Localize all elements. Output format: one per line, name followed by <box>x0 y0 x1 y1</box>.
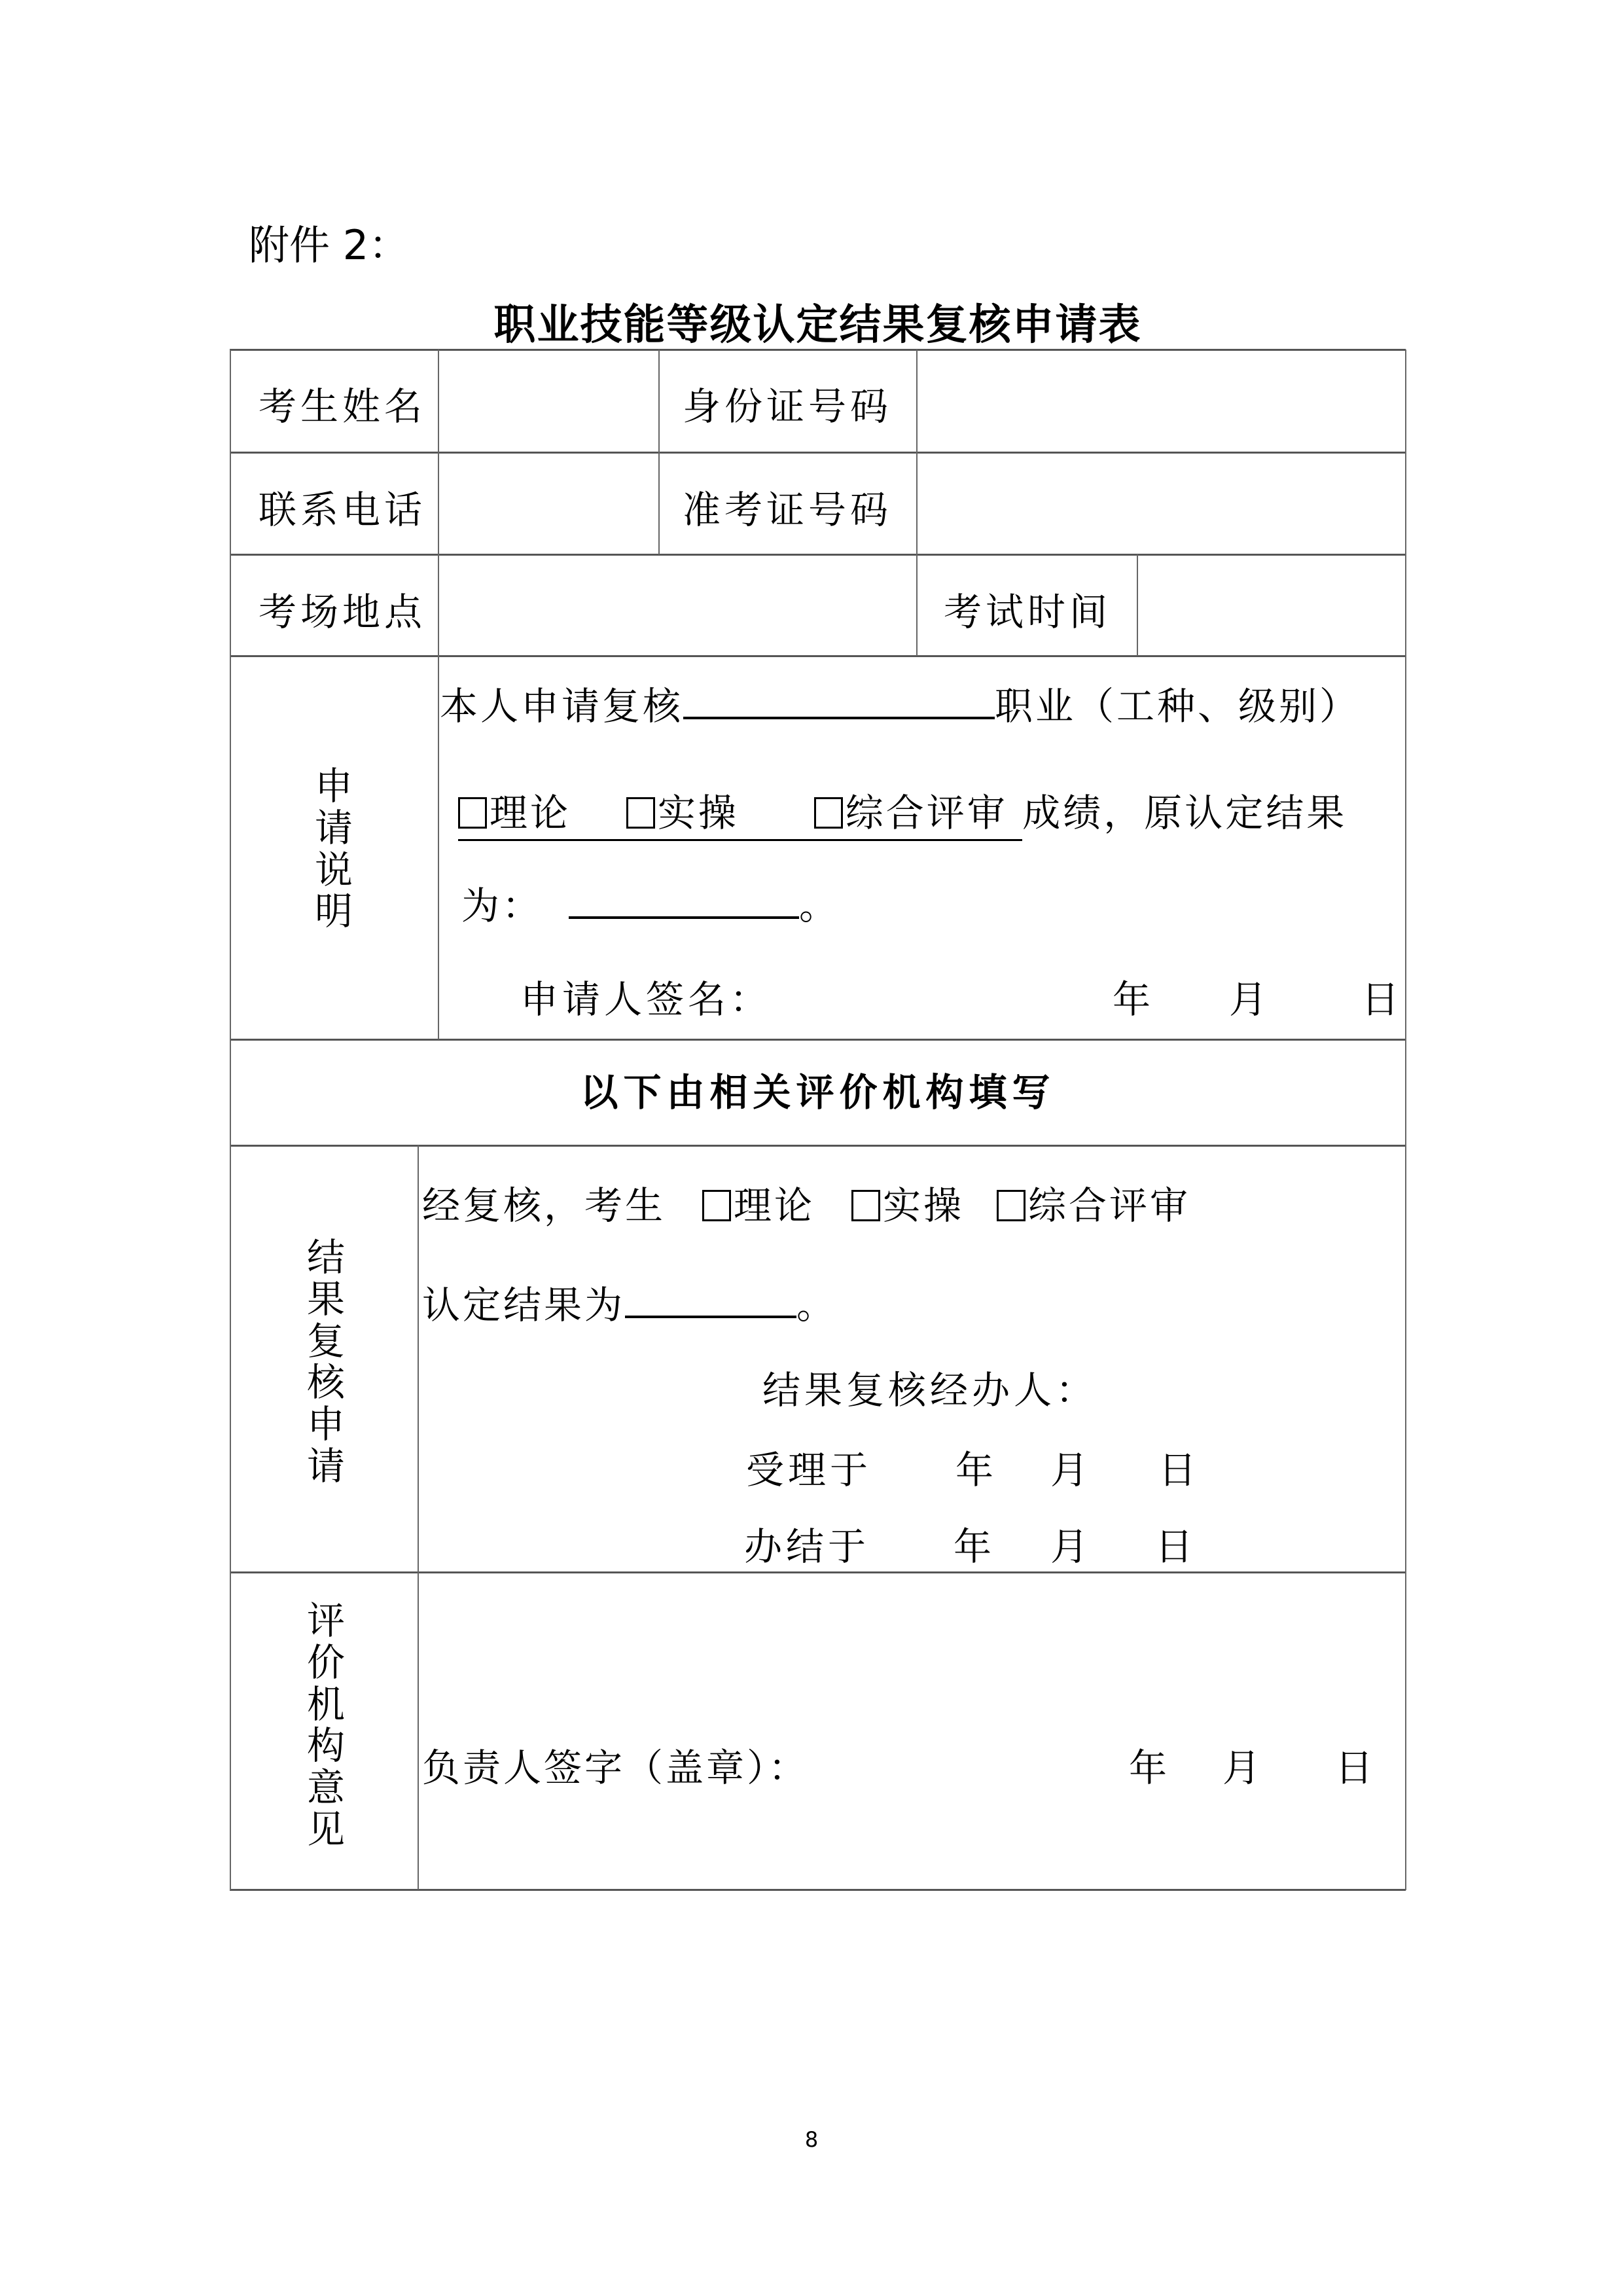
apply-year-label: 年 <box>1113 980 1154 1018</box>
option-theory: 理论 <box>490 791 571 835</box>
accepted-day-label: 日 <box>1158 1451 1200 1489</box>
col-divider <box>916 350 918 656</box>
apply-day-label: 日 <box>1361 980 1403 1018</box>
applicant-signature-label: 申请人签名： <box>520 980 772 1018</box>
opinion-year-label: 年 <box>1129 1749 1171 1787</box>
opinion-month-label: 月 <box>1222 1749 1264 1787</box>
exam-time-field[interactable] <box>1139 556 1404 655</box>
completed-on-label: 办结于 <box>744 1528 870 1566</box>
label-admission-ticket: 准考证号码 <box>683 491 892 529</box>
original-result-text: 成绩，原认定结果 <box>1022 791 1347 835</box>
review-handler-field[interactable] <box>1086 1368 1400 1414</box>
review-checkbox-theory[interactable] <box>702 1190 731 1221</box>
col-divider <box>438 350 439 1039</box>
review-checkbox-comprehensive[interactable] <box>997 1190 1026 1221</box>
checkbox-theory[interactable] <box>458 797 487 829</box>
completed-month-label: 月 <box>1050 1528 1092 1566</box>
result-prefix: 为： <box>461 884 543 928</box>
accepted-month-label: 月 <box>1050 1451 1092 1489</box>
label-phone: 联系电话 <box>259 491 426 529</box>
row-divider <box>230 1145 1406 1147</box>
completed-day-label: 日 <box>1155 1528 1197 1566</box>
label-candidate-name: 考生姓名 <box>259 387 426 425</box>
option-comprehensive: 综合评审 <box>846 791 1008 835</box>
table-border-bottom <box>230 1889 1406 1891</box>
opinion-day-label: 日 <box>1335 1749 1377 1787</box>
review-result-blank[interactable] <box>625 1283 796 1318</box>
review-line-2: 认定结果为。 <box>422 1283 837 1324</box>
application-line-1: 本人申请复核职业（工种、级别） <box>440 684 1360 725</box>
label-exam-time: 考试时间 <box>944 593 1111 631</box>
phone-field[interactable] <box>440 454 657 553</box>
row-divider <box>230 1039 1406 1041</box>
review-handler-label: 结果复核经办人： <box>762 1371 1097 1409</box>
review-option-practical: 实操 <box>883 1183 964 1228</box>
form-title: 职业技能等级认定结果复核申请表 <box>230 291 1406 351</box>
accepted-on-label: 受理于 <box>746 1451 872 1489</box>
checkbox-comprehensive[interactable] <box>814 797 843 829</box>
review-result-prefix: 认定结果为 <box>422 1283 625 1327</box>
apply-month-label: 月 <box>1229 980 1271 1018</box>
application-line-2: 理论 实操 综合评审 成绩，原认定结果 <box>458 794 1347 832</box>
review-line-1: 经复核，考生理论实操综合评审 <box>422 1187 1190 1225</box>
side-label-opinion: 评价机构意见 <box>306 1600 346 1851</box>
application-line-3: 为：。 <box>461 884 840 925</box>
responsible-signature-label: 负责人签字（盖章）： <box>422 1749 809 1787</box>
review-result-suffix: 。 <box>796 1283 837 1327</box>
attachment-label: 附件 2： <box>249 213 409 271</box>
accepted-year-label: 年 <box>955 1451 997 1489</box>
apply-suffix: 职业（工种、级别） <box>995 684 1360 728</box>
exam-venue-field[interactable] <box>440 556 916 655</box>
id-number-field[interactable] <box>918 351 1404 451</box>
option-practical: 实操 <box>658 791 739 835</box>
responsible-signature-field[interactable] <box>818 1741 1093 1790</box>
checkbox-practical[interactable] <box>626 797 655 829</box>
opinion-field[interactable] <box>419 1573 1404 1704</box>
original-result-blank[interactable] <box>569 884 799 919</box>
review-checkbox-practical[interactable] <box>851 1190 880 1221</box>
row-divider <box>230 655 1406 657</box>
applicant-signature-field[interactable] <box>740 975 1080 1021</box>
apply-prefix: 本人申请复核 <box>440 684 683 728</box>
admission-ticket-field[interactable] <box>918 454 1404 553</box>
label-id-number: 身份证号码 <box>683 387 892 425</box>
label-exam-venue: 考场地点 <box>259 593 426 631</box>
col-divider <box>418 1145 419 1890</box>
table-border-right <box>1405 350 1406 1890</box>
candidate-name-field[interactable] <box>440 351 657 451</box>
col-divider <box>658 350 660 554</box>
completed-year-label: 年 <box>954 1528 995 1566</box>
side-label-review: 结果复核申请 <box>306 1237 346 1488</box>
section-header: 以下由相关评价机构填写 <box>230 1073 1406 1111</box>
review-prefix: 经复核，考生 <box>422 1183 666 1228</box>
review-option-comprehensive: 综合评审 <box>1028 1183 1190 1228</box>
result-suffix: 。 <box>799 884 840 928</box>
col-divider <box>1137 554 1138 656</box>
side-label-application: 申请说明 <box>314 766 353 933</box>
page-number: 8 <box>0 2127 1623 2152</box>
occupation-blank[interactable] <box>683 684 995 719</box>
table-border-left <box>230 350 231 1890</box>
review-option-theory: 理论 <box>734 1183 815 1228</box>
